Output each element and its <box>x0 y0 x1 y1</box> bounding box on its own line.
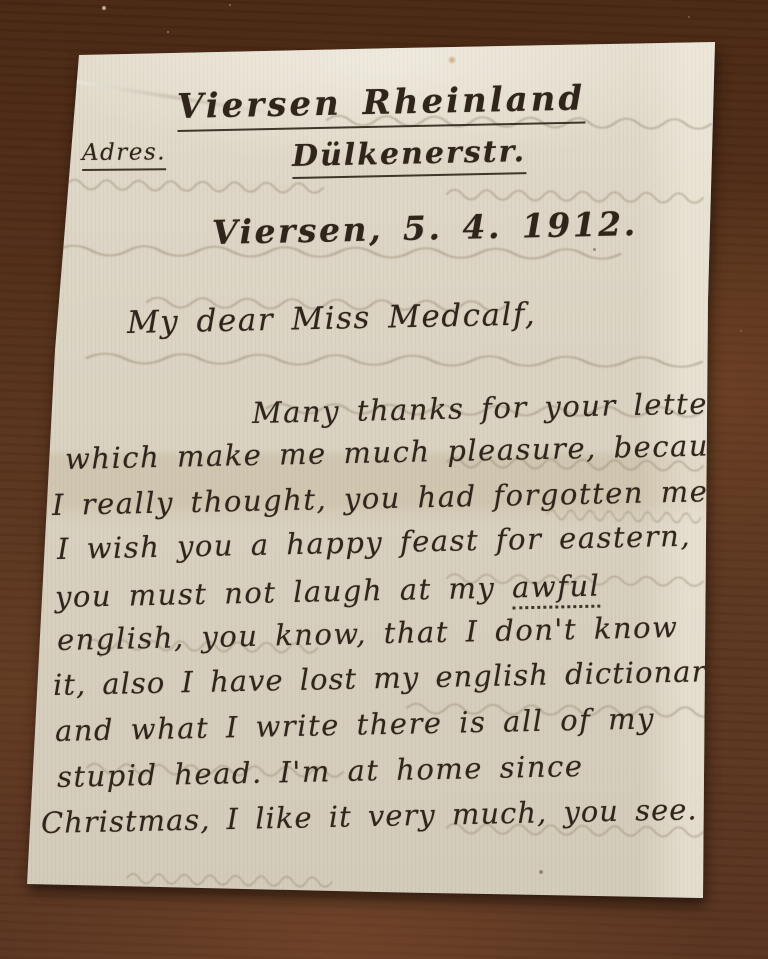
ink-speck <box>539 870 543 874</box>
letter-salutation: My dear Miss Medcalf, <box>127 299 537 339</box>
paper-sheet: Viersen Rheinland Adres. Dülkenerstr. Vi… <box>27 42 715 898</box>
address-label-text: Adres. <box>82 139 166 171</box>
heading-city-text: Viersen Rheinland <box>177 78 586 132</box>
street-text: Dülkenerstr. <box>292 134 527 179</box>
letter-street: Dülkenerstr. <box>292 137 527 172</box>
handwritten-line: you must not laugh at my awful <box>55 572 601 612</box>
emphasized-word-awful: awful <box>512 569 601 610</box>
letter-heading-city: Viersen Rheinland <box>177 81 586 124</box>
letter-paper: Viersen Rheinland Adres. Dülkenerstr. Vi… <box>27 42 715 898</box>
rust-stain <box>447 56 457 64</box>
dust-specks <box>0 0 2 2</box>
letter-address-label: Adres. <box>82 141 166 165</box>
letter-photo: Viersen Rheinland Adres. Dülkenerstr. Vi… <box>0 0 768 959</box>
ink-speck <box>593 248 596 251</box>
letter-dateline: Viersen, 5. 4. 1912. <box>212 207 638 249</box>
